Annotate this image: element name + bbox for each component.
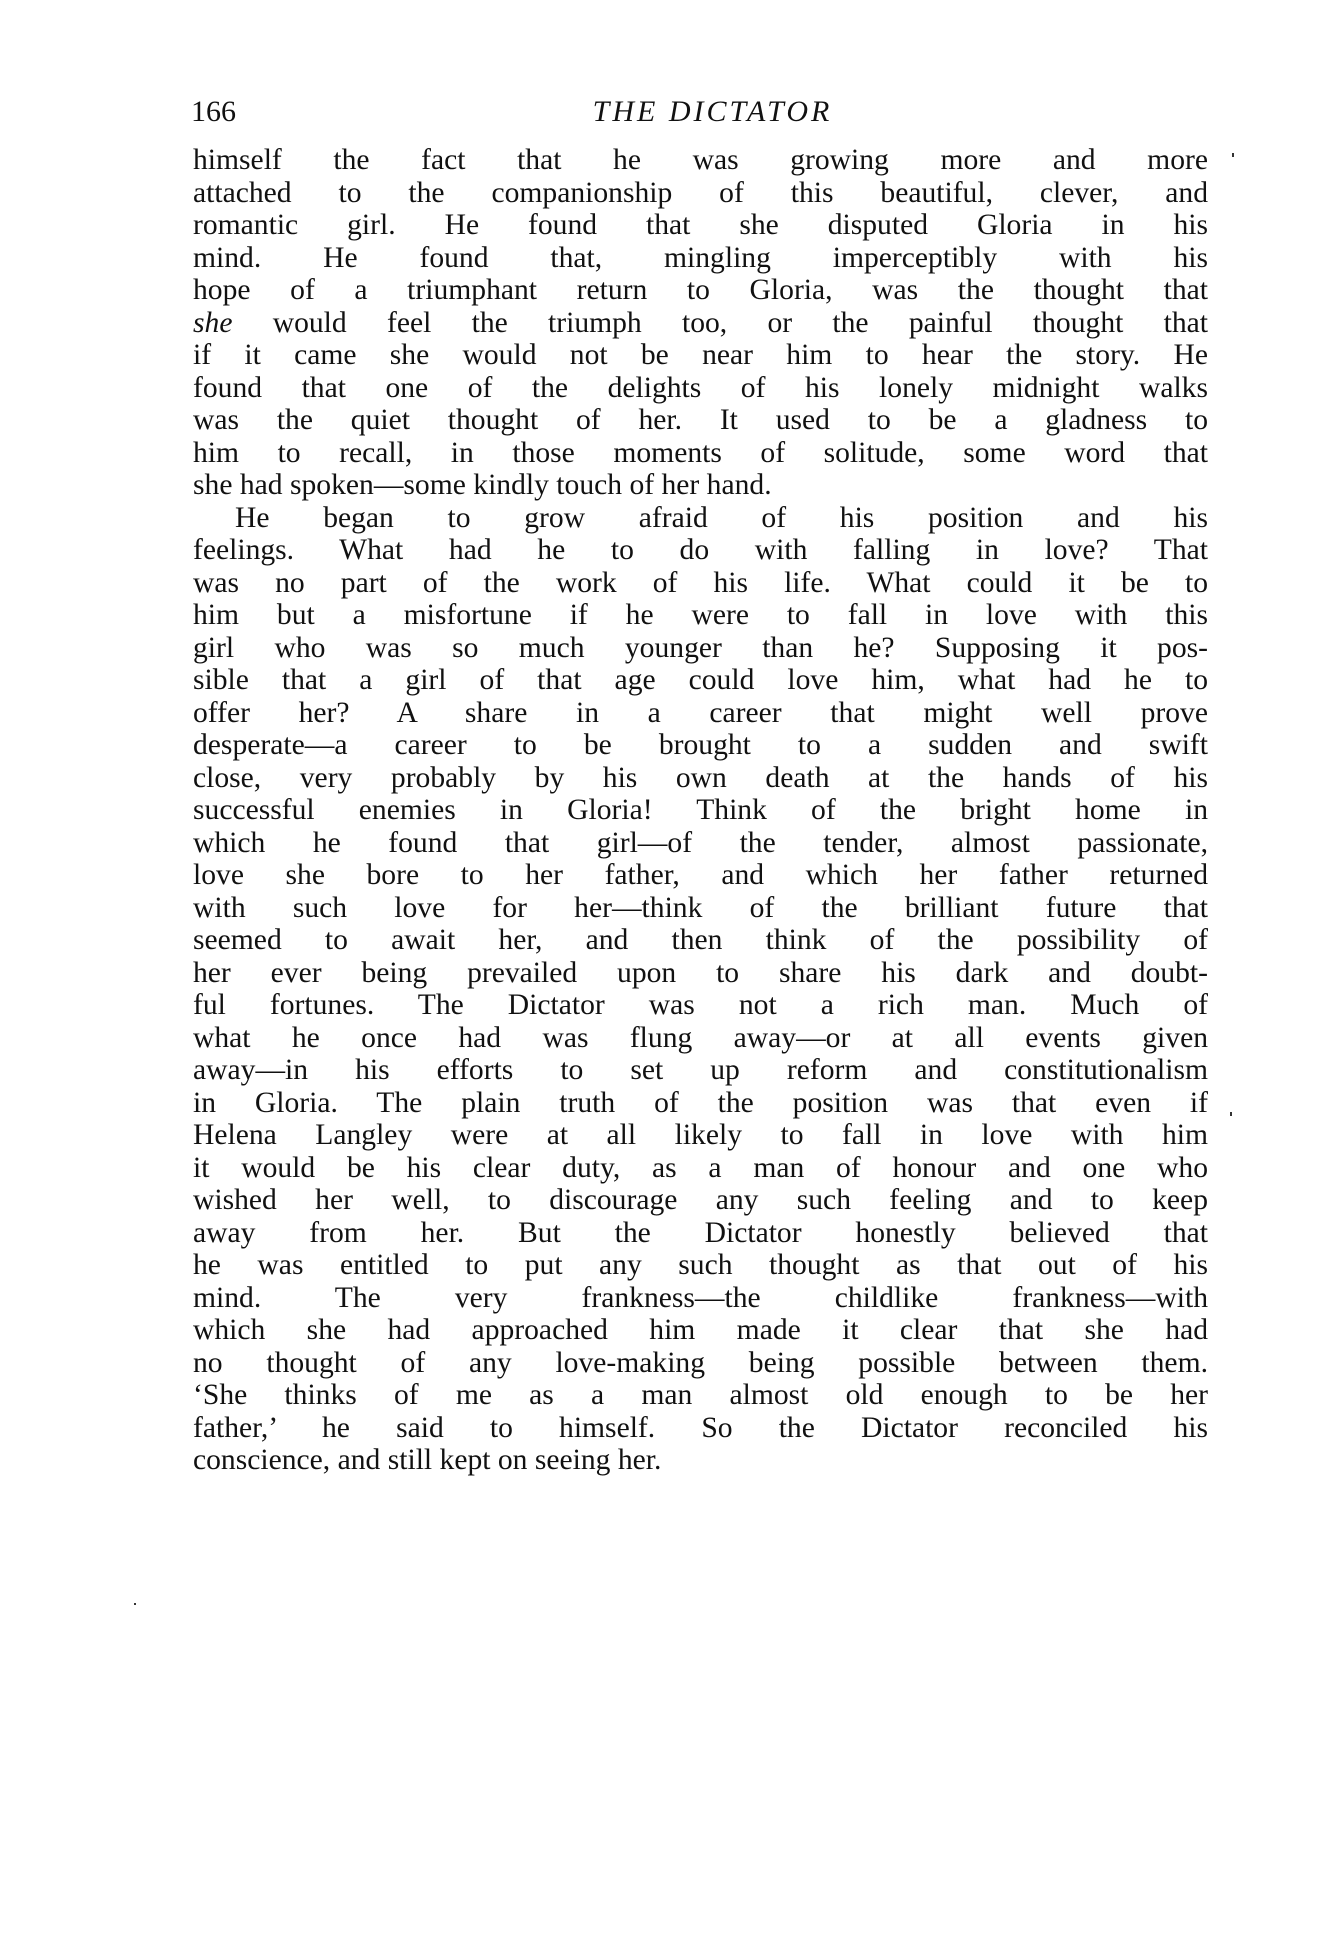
text-line: found that one of the delights of his lo… <box>193 372 1208 405</box>
text-line: wished her well, to discourage any such … <box>193 1184 1208 1217</box>
text-line: she had spoken—some kindly touch of her … <box>193 469 1208 502</box>
text-line: her ever being prevailed upon to share h… <box>193 957 1208 990</box>
text-line: him but a misfortune if he were to fall … <box>193 599 1208 632</box>
text-line: with such love for her—think of the bril… <box>193 892 1208 925</box>
text-line: she would feel the triumph too, or the p… <box>193 307 1208 340</box>
italic-emphasis: she <box>193 307 232 339</box>
text-line: He began to grow afraid of his position … <box>193 502 1208 535</box>
text-line: Helena Langley were at all likely to fal… <box>193 1119 1208 1152</box>
text-line: in Gloria. The plain truth of the positi… <box>193 1087 1208 1120</box>
text-line: attached to the companionship of this be… <box>193 177 1208 210</box>
text-line: away—in his efforts to set up reform and… <box>193 1054 1208 1087</box>
text-line: it would be his clear duty, as a man of … <box>193 1152 1208 1185</box>
text-line: mind. The very frankness—the childlike f… <box>193 1282 1208 1315</box>
text-line: himself the fact that he was growing mor… <box>193 144 1208 177</box>
text-line: love she bore to her father, and which h… <box>193 859 1208 892</box>
text-line: was the quiet thought of her. It used to… <box>193 404 1208 437</box>
text-line: he was entitled to put any such thought … <box>193 1249 1208 1282</box>
text-line: him to recall, in those moments of solit… <box>193 437 1208 470</box>
text-line: offer her? A share in a career that migh… <box>193 697 1208 730</box>
text-line: which he found that girl—of the tender, … <box>193 827 1208 860</box>
text-line: away from her. But the Dictator honestly… <box>193 1217 1208 1250</box>
scan-speck <box>134 1603 136 1605</box>
text-line: hope of a triumphant return to Gloria, w… <box>193 274 1208 307</box>
text-line: ful fortunes. The Dictator was not a ric… <box>193 989 1208 1022</box>
text-line: conscience, and still kept on seeing her… <box>193 1444 1208 1477</box>
running-head: 166 THE DICTATOR <box>193 92 1208 144</box>
body-text: himself the fact that he was growing mor… <box>193 144 1208 1477</box>
text-line: was no part of the work of his life. Wha… <box>193 567 1208 600</box>
text-line: close, very probably by his own death at… <box>193 762 1208 795</box>
text-line: feelings. What had he to do with falling… <box>193 534 1208 567</box>
text-line: what he once had was flung away—or at al… <box>193 1022 1208 1055</box>
running-title: THE DICTATOR <box>193 92 1208 132</box>
scan-speck <box>1230 1112 1232 1116</box>
paragraph: himself the fact that he was growing mor… <box>193 144 1208 502</box>
text-line: seemed to await her, and then think of t… <box>193 924 1208 957</box>
text-line: sible that a girl of that age could love… <box>193 664 1208 697</box>
scan-speck <box>1232 153 1234 157</box>
book-page: 166 THE DICTATOR himself the fact that h… <box>193 92 1208 1477</box>
text-line: desperate—a career to be brought to a su… <box>193 729 1208 762</box>
text-line: successful enemies in Gloria! Think of t… <box>193 794 1208 827</box>
text-line: father,’ he said to himself. So the Dict… <box>193 1412 1208 1445</box>
text-line: which she had approached him made it cle… <box>193 1314 1208 1347</box>
text-line: if it came she would not be near him to … <box>193 339 1208 372</box>
text-line: girl who was so much younger than he? Su… <box>193 632 1208 665</box>
text-line: no thought of any love-making being poss… <box>193 1347 1208 1380</box>
text-line: mind. He found that, mingling impercepti… <box>193 242 1208 275</box>
text-line: romantic girl. He found that she dispute… <box>193 209 1208 242</box>
paragraph: He began to grow afraid of his position … <box>193 502 1208 1477</box>
text-line: ‘She thinks of me as a man almost old en… <box>193 1379 1208 1412</box>
